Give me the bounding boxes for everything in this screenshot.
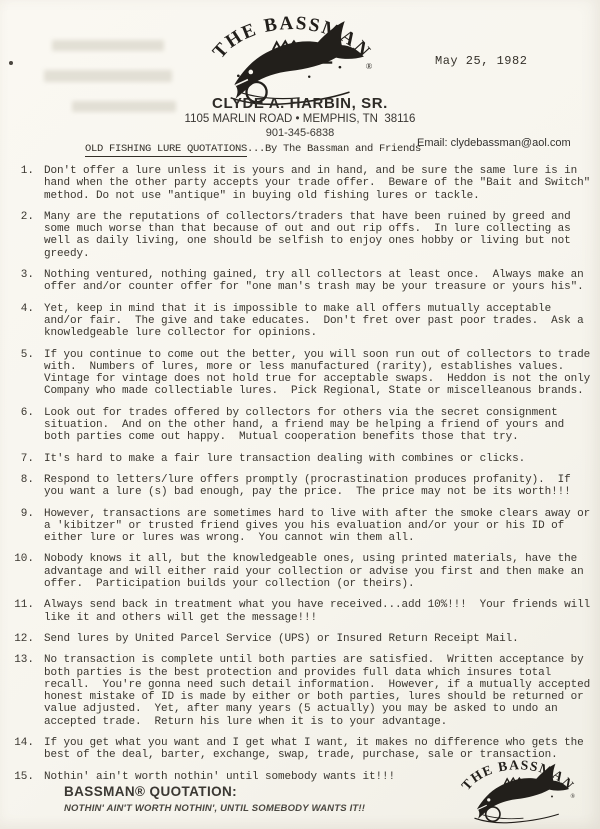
registered-mark: ® bbox=[366, 61, 373, 71]
quotation-item-4: 4.Yet, keep in mind that it is impossibl… bbox=[10, 303, 592, 340]
item-text: Nothing ventured, nothing gained, try al… bbox=[44, 269, 592, 294]
letterhead-address: 1105 MARLIN ROAD • MEMPHIS, TN 38116 bbox=[0, 113, 600, 125]
ghost-print-artifact bbox=[44, 70, 172, 82]
quotation-item-3: 3.Nothing ventured, nothing gained, try … bbox=[10, 269, 592, 294]
title-rest-part: ...By The Bassman and Friends bbox=[247, 143, 421, 155]
item-number: 9. bbox=[10, 508, 34, 520]
quotation-item-7: 7.It's hard to make a fair lure transact… bbox=[10, 453, 592, 465]
item-text: Always send back in treatment what you h… bbox=[44, 599, 592, 624]
ghost-print-artifact bbox=[52, 40, 164, 51]
item-number: 1. bbox=[10, 165, 34, 177]
item-text: If you continue to come out the better, … bbox=[44, 349, 592, 398]
item-number: 6. bbox=[10, 407, 34, 419]
item-number: 15. bbox=[10, 771, 34, 783]
bassman-logo-small: THE BASSMAN ® bbox=[450, 750, 586, 829]
quotation-item-9: 9.However, transactions are sometimes ha… bbox=[10, 508, 592, 545]
document-title: OLD FISHING LURE QUOTATIONS...By The Bas… bbox=[85, 143, 421, 155]
item-number: 2. bbox=[10, 211, 34, 223]
item-number: 10. bbox=[10, 553, 34, 565]
quotation-item-8: 8.Respond to letters/lure offers promptl… bbox=[10, 474, 592, 499]
item-number: 5. bbox=[10, 349, 34, 361]
item-text: Look out for trades offered by collector… bbox=[44, 407, 592, 444]
footer-quote: NOTHIN' AIN'T WORTH NOTHIN', UNTIL SOMEB… bbox=[64, 803, 365, 814]
item-text: Don't offer a lure unless it is yours an… bbox=[44, 165, 592, 202]
quotation-item-11: 11.Always send back in treatment what yo… bbox=[10, 599, 592, 624]
item-number: 13. bbox=[10, 654, 34, 666]
item-text: It's hard to make a fair lure transactio… bbox=[44, 453, 592, 465]
quotation-item-6: 6.Look out for trades offered by collect… bbox=[10, 407, 592, 444]
letter-date: May 25, 1982 bbox=[435, 54, 527, 68]
quotation-item-12: 12.Send lures by United Parcel Service (… bbox=[10, 633, 592, 645]
letterhead-name: CLYDE A. HARBIN, SR. bbox=[0, 95, 600, 112]
item-text: Many are the reputations of collectors/t… bbox=[44, 211, 592, 260]
quotation-item-2: 2.Many are the reputations of collectors… bbox=[10, 211, 592, 260]
quotation-list: 1.Don't offer a lure unless it is yours … bbox=[10, 165, 592, 792]
quotation-item-10: 10.Nobody knows it all, but the knowledg… bbox=[10, 553, 592, 590]
item-number: 8. bbox=[10, 474, 34, 486]
item-text: Respond to letters/lure offers promptly … bbox=[44, 474, 592, 499]
item-number: 7. bbox=[10, 453, 34, 465]
title-underlined-part: OLD FISHING LURE QUOTATIONS bbox=[85, 143, 247, 157]
item-number: 3. bbox=[10, 269, 34, 281]
item-text: Yet, keep in mind that it is impossible … bbox=[44, 303, 592, 340]
registered-mark: ® bbox=[570, 793, 575, 800]
stray-mark bbox=[9, 61, 13, 65]
item-text: No transaction is complete until both pa… bbox=[44, 654, 592, 728]
item-text: Nobody knows it all, but the knowledgeab… bbox=[44, 553, 592, 590]
quotation-item-13: 13.No transaction is complete until both… bbox=[10, 654, 592, 728]
item-number: 12. bbox=[10, 633, 34, 645]
item-number: 14. bbox=[10, 737, 34, 749]
item-text: However, transactions are sometimes hard… bbox=[44, 508, 592, 545]
item-number: 4. bbox=[10, 303, 34, 315]
item-number: 11. bbox=[10, 599, 34, 611]
footer-heading: BASSMAN® QUOTATION: bbox=[64, 784, 237, 799]
item-text: Send lures by United Parcel Service (UPS… bbox=[44, 633, 592, 645]
email-note: Email: clydebassman@aol.com bbox=[417, 137, 571, 149]
quotation-item-5: 5.If you continue to come out the better… bbox=[10, 349, 592, 398]
scanned-letter-page: THE BASSMAN ® May 25, 1982 CLYDE A. HARB… bbox=[0, 0, 600, 829]
quotation-item-1: 1.Don't offer a lure unless it is yours … bbox=[10, 165, 592, 202]
